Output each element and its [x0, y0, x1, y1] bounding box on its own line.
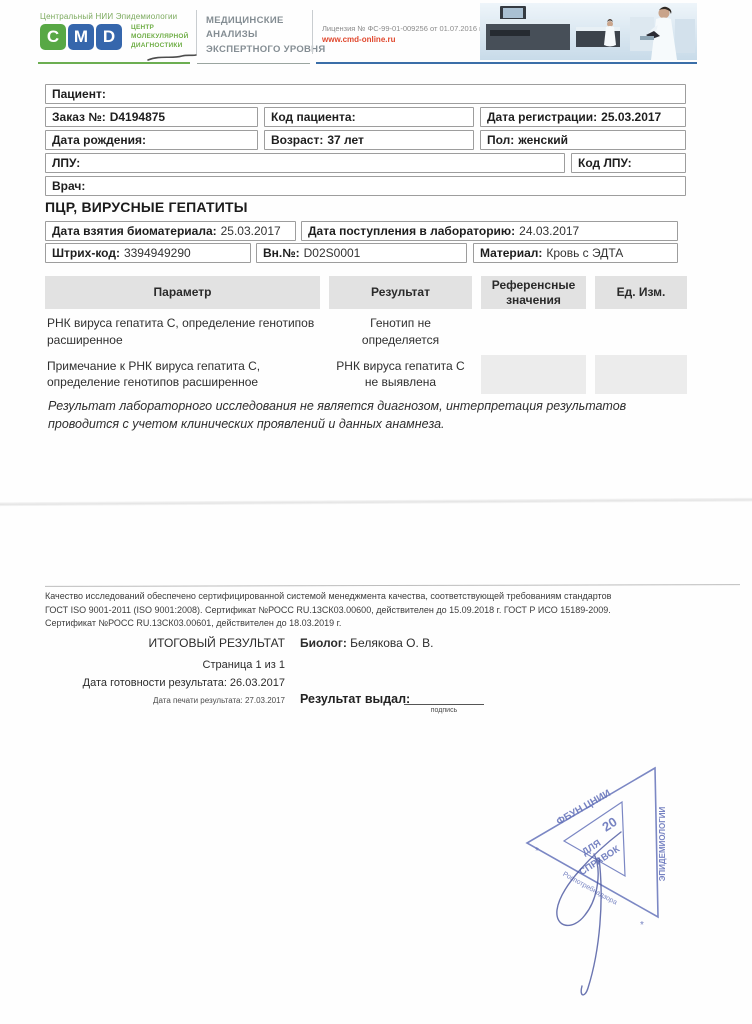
table-cell-unit — [595, 355, 687, 395]
field-label: Дата взятия биоматериала: — [52, 224, 217, 238]
cmd-logo-letters: CMD — [40, 24, 124, 50]
stamp-org-line2: ЭПИДЕМИОЛОГИИ — [658, 806, 667, 881]
certification-line: Сертификат №РОСС RU.13СК03.00601, действ… — [45, 617, 713, 631]
field-label: Код пациента: — [271, 110, 356, 124]
license-text: Лицензия № ФС-99-01-009256 от 01.07.2016… — [322, 24, 483, 33]
field-label: Пациент: — [52, 87, 106, 101]
field-label: Возраст: — [271, 133, 323, 147]
field-lab-received-date: Дата поступления в лабораторию:24.03.201… — [301, 221, 678, 241]
field-label: Дата рождения: — [52, 133, 146, 147]
result-print-date: Дата печати результата: 27.03.2017 — [45, 696, 285, 705]
logo-caption-line: ЦЕНТР — [131, 24, 189, 33]
results-table: Параметр Результат Референсные значения … — [45, 276, 687, 394]
section-title: ПЦР, ВИРУСНЫЕ ГЕПАТИТЫ — [45, 199, 248, 215]
table-cell-parameter: Примечание к РНК вируса гепатита С, опре… — [45, 355, 320, 395]
biologist-name: Белякова О. В. — [350, 636, 433, 650]
signature-line — [404, 704, 484, 705]
field-label: Дата поступления в лабораторию: — [308, 224, 515, 238]
column-header-reference: Референсные значения — [481, 276, 586, 309]
logo-letter-c: C — [40, 24, 66, 50]
biologist-label: Биолог: — [300, 636, 347, 650]
underline-blue — [316, 62, 697, 64]
field-label: Пол: — [487, 133, 514, 147]
field-birth-date: Дата рождения: — [45, 130, 258, 150]
field-registration-date: Дата регистрации:25.03.2017 — [480, 107, 686, 127]
tagline-line: ЭКСПЕРТНОГО УРОВНЯ — [206, 43, 325, 57]
stamp: ФБУН ЦНИИ ЭПИДЕМИОЛОГИИ Роспотребнадзора… — [513, 750, 750, 1008]
final-result-label: ИТОГОВЫЙ РЕЗУЛЬТАТ — [45, 636, 285, 650]
field-age: Возраст:37 лет — [264, 130, 474, 150]
field-value: 37 лет — [327, 133, 364, 147]
table-cell-parameter: РНК вируса гепатита С, определение генот… — [45, 312, 320, 352]
certification-divider — [45, 584, 740, 587]
stamp-number: 20 — [599, 814, 619, 834]
field-value: 3394949290 — [124, 246, 191, 260]
field-label: Материал: — [480, 246, 542, 260]
field-patient-code: Код пациента: — [264, 107, 474, 127]
field-label: Дата регистрации: — [487, 110, 597, 124]
field-doctor: Врач: — [45, 176, 686, 196]
field-label: Заказ №: — [52, 110, 106, 124]
field-label: Врач: — [52, 179, 85, 193]
website-link[interactable]: www.cmd-online.ru — [322, 35, 483, 44]
certification-line: ГОСТ ISO 9001-2011 (ISO 9001:2008). Серт… — [45, 604, 713, 618]
field-label: Вн.№: — [263, 246, 300, 260]
table-cell-result: РНК вируса гепатита С не выявлена — [329, 355, 472, 395]
underline-green — [38, 62, 190, 64]
cmd-logo: CMD ЦЕНТР МОЛЕКУЛЯРНОЙ ДИАГНОСТИКИ — [40, 24, 189, 50]
column-header-parameter: Параметр — [45, 276, 320, 309]
field-material: Материал:Кровь с ЭДТА — [473, 243, 678, 263]
table-cell-reference — [481, 355, 586, 395]
field-lpu-code: Код ЛПУ: — [571, 153, 686, 173]
tagline-line: АНАЛИЗЫ — [206, 28, 325, 42]
pen-mark — [146, 52, 198, 62]
logo-letter-d: D — [96, 24, 122, 50]
field-order-number: Заказ №:D4194875 — [45, 107, 258, 127]
field-value: D02S0001 — [304, 246, 361, 260]
field-value: 24.03.2017 — [519, 224, 579, 238]
table-cell-unit — [595, 312, 687, 352]
underline-gray — [197, 63, 310, 64]
field-value: 25.03.2017 — [601, 110, 661, 124]
logo-caption-line: МОЛЕКУЛЯРНОЙ — [131, 33, 189, 42]
field-internal-number: Вн.№:D02S0001 — [256, 243, 467, 263]
field-barcode: Штрих-код:3394949290 — [45, 243, 251, 263]
field-label: ЛПУ: — [52, 156, 80, 170]
header-photo-lab — [480, 3, 697, 60]
scan-fold-line — [0, 498, 752, 507]
result-ready-date: Дата готовности результата: 26.03.2017 — [45, 677, 285, 689]
field-value: Кровь с ЭДТА — [546, 246, 623, 260]
field-label: Код ЛПУ: — [578, 156, 632, 170]
license-block: Лицензия № ФС-99-01-009256 от 01.07.2016… — [322, 24, 483, 44]
result-issued-label: Результат выдал: — [300, 692, 410, 706]
field-value: 25.03.2017 — [221, 224, 281, 238]
header-divider — [312, 10, 313, 54]
org-name-small: Центральный НИИ Эпидемиологии — [40, 12, 177, 21]
field-value: D4194875 — [110, 110, 165, 124]
logo-caption-line: ДИАГНОСТИКИ — [131, 42, 189, 51]
certification-line: Качество исследований обеспечено сертифи… — [45, 590, 713, 604]
logo-letter-m: M — [68, 24, 94, 50]
column-header-unit: Ед. Изм. — [595, 276, 687, 309]
column-header-result: Результат — [329, 276, 472, 309]
table-cell-result: Генотип не определяется — [329, 312, 472, 352]
field-label: Штрих-код: — [52, 246, 120, 260]
field-sampling-date: Дата взятия биоматериала:25.03.2017 — [45, 221, 296, 241]
stamp-asterisk: * — [535, 846, 539, 857]
biologist-field: Биолог: Белякова О. В. — [300, 636, 433, 650]
header-tagline: МЕДИЦИНСКИЕ АНАЛИЗЫ ЭКСПЕРТНОГО УРОВНЯ — [206, 14, 325, 57]
tagline-line: МЕДИЦИНСКИЕ — [206, 14, 325, 28]
field-sex: Пол:женский — [480, 130, 686, 150]
field-value: женский — [518, 133, 568, 147]
logo-caption: ЦЕНТР МОЛЕКУЛЯРНОЙ ДИАГНОСТИКИ — [131, 24, 189, 50]
stamp-asterisk: * — [640, 920, 644, 931]
table-cell-reference — [481, 312, 586, 352]
disclaimer-text: Результат лабораторного исследования не … — [48, 397, 676, 433]
stamp-org-line3: Роспотребнадзора — [561, 870, 618, 907]
signature-caption: подпись — [404, 707, 484, 714]
page-info: Страница 1 из 1 — [45, 659, 285, 671]
scanned-lab-report: Центральный НИИ Эпидемиологии CMD ЦЕНТР … — [0, 0, 752, 1024]
field-lpu: ЛПУ: — [45, 153, 565, 173]
certification-text: Качество исследований обеспечено сертифи… — [45, 590, 713, 631]
field-patient: Пациент: — [45, 84, 686, 104]
header-divider — [196, 10, 197, 54]
